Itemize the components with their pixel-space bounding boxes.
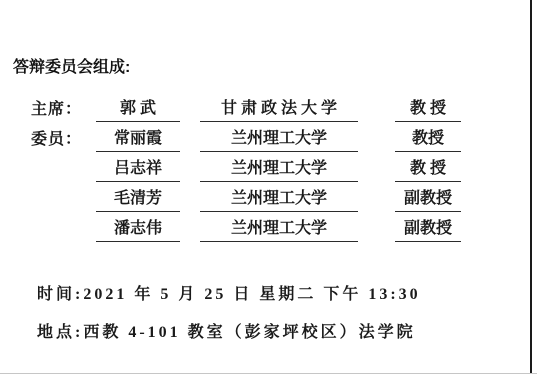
member-position-field: 教 授 — [395, 99, 461, 122]
document-page: 答辩委员会组成: 主席： 郭 武 甘 肃 政 法 大 学 教 授 委员： 常丽霞… — [0, 0, 537, 374]
member-affiliation-field: 兰州理工大学 — [200, 129, 358, 152]
member-affiliation-field: 兰州理工大学 — [200, 189, 358, 212]
member-affiliation-field: 兰州理工大学 — [200, 159, 358, 182]
row-role-label — [31, 210, 96, 212]
member-name-field: 潘志伟 — [96, 219, 180, 242]
section-heading: 答辩委员会组成: — [13, 57, 537, 78]
member-name-field: 毛清芳 — [96, 189, 180, 212]
row-role-label — [31, 180, 96, 182]
committee-row: 毛清芳 兰州理工大学 副教授 — [0, 182, 537, 212]
member-name-field: 常丽霞 — [96, 129, 180, 152]
member-affiliation-field: 兰州理工大学 — [200, 219, 358, 242]
committee-row: 潘志伟 兰州理工大学 副教授 — [0, 212, 537, 242]
member-position-field: 副教授 — [395, 189, 461, 212]
member-name-field: 吕志祥 — [96, 159, 180, 182]
row-role-label: 委员： — [31, 130, 96, 152]
committee-table: 主席： 郭 武 甘 肃 政 法 大 学 教 授 委员： 常丽霞 兰州理工大学 教… — [0, 92, 537, 242]
time-line: 时间:2021 年 5 月 25 日 星期二 下午 13:30 — [37, 284, 537, 305]
committee-row: 主席： 郭 武 甘 肃 政 法 大 学 教 授 — [0, 92, 537, 122]
committee-row: 委员： 常丽霞 兰州理工大学 教授 — [0, 122, 537, 152]
location-line: 地点:西教 4-101 教室（彭家坪校区）法学院 — [37, 322, 537, 343]
member-position-field: 教 授 — [395, 159, 461, 182]
member-position-field: 教授 — [395, 129, 461, 152]
member-name-field: 郭 武 — [96, 99, 180, 122]
row-role-label: 主席： — [31, 100, 96, 122]
row-role-label — [31, 240, 96, 242]
page-right-border — [530, 0, 532, 374]
member-position-field: 副教授 — [395, 219, 461, 242]
member-affiliation-field: 甘 肃 政 法 大 学 — [200, 99, 358, 122]
committee-row: 吕志祥 兰州理工大学 教 授 — [0, 152, 537, 182]
